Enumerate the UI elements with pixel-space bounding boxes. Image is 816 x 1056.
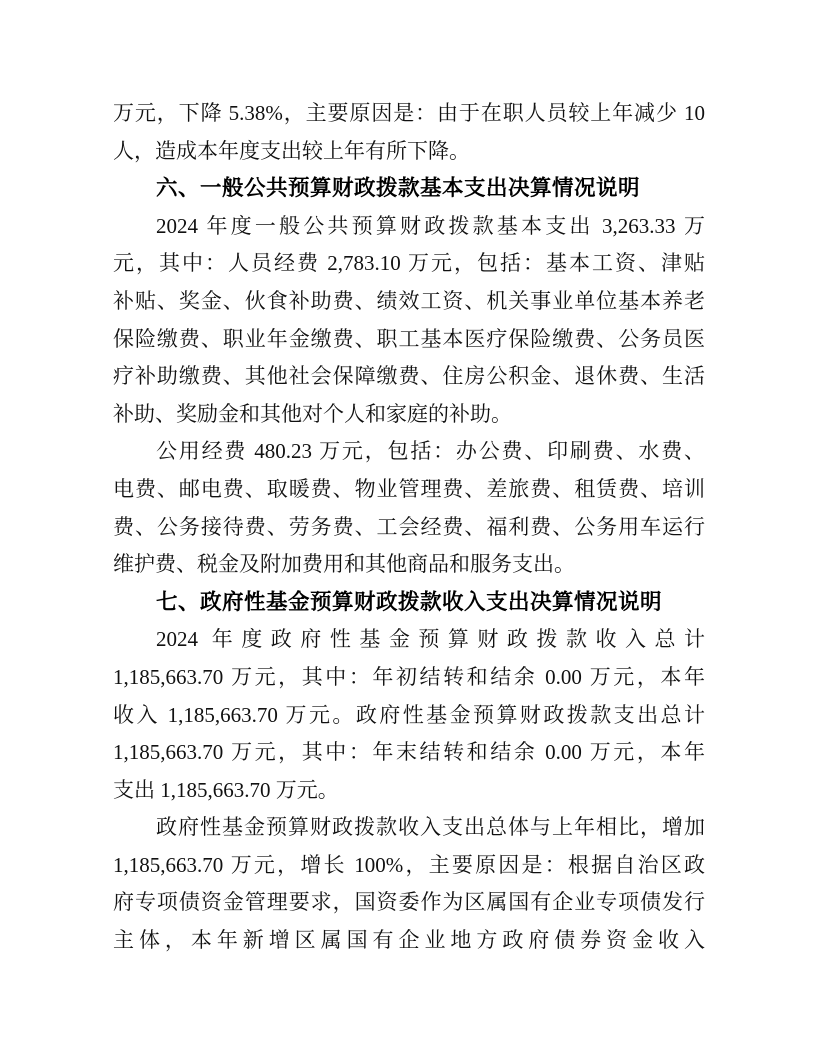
text-line: 元，其中：人员经费 2,783.10 万元，包括：基本工资、津贴 bbox=[113, 245, 705, 283]
paragraph: 政府性基金预算财政拨款收入支出总体与上年相比，增加1,185,663.70 万元… bbox=[113, 809, 705, 959]
section-heading: 七、政府性基金预算财政拨款收入支出决算情况说明 bbox=[113, 584, 705, 622]
text-line: 补助、奖励金和其他对个人和家庭的补助。 bbox=[113, 396, 705, 434]
text-line: 疗补助缴费、其他社会保障缴费、住房公积金、退休费、生活 bbox=[113, 358, 705, 396]
text-line: 2024 年度政府性基金预算财政拨款收入总计 bbox=[113, 621, 705, 659]
text-line: 1,185,663.70 万元，其中：年末结转和结余 0.00 万元，本年 bbox=[113, 734, 705, 772]
text-line: 1,185,663.70 万元，增长 100%，主要原因是：根据自治区政 bbox=[113, 847, 705, 885]
text-line: 收入 1,185,663.70 万元。政府性基金预算财政拨款支出总计 bbox=[113, 697, 705, 735]
text-line: 支出 1,185,663.70 万元。 bbox=[113, 772, 705, 810]
paragraph: 万元，下降 5.38%，主要原因是：由于在职人员较上年减少 10人，造成本年度支… bbox=[113, 95, 705, 170]
paragraph: 2024 年度政府性基金预算财政拨款收入总计1,185,663.70 万元，其中… bbox=[113, 621, 705, 809]
text-line: 维护费、税金及附加费用和其他商品和服务支出。 bbox=[113, 546, 705, 584]
text-line: 费、公务接待费、劳务费、工会经费、福利费、公务用车运行 bbox=[113, 509, 705, 547]
text-line: 电费、邮电费、取暖费、物业管理费、差旅费、租赁费、培训 bbox=[113, 471, 705, 509]
text-line: 府专项债资金管理要求，国资委作为区属国有企业专项债发行 bbox=[113, 884, 705, 922]
text-line: 万元，下降 5.38%，主要原因是：由于在职人员较上年减少 10 bbox=[113, 95, 705, 133]
text-line: 政府性基金预算财政拨款收入支出总体与上年相比，增加 bbox=[113, 809, 705, 847]
paragraph: 2024 年度一般公共预算财政拨款基本支出 3,263.33 万元，其中：人员经… bbox=[113, 208, 705, 434]
text-line: 保险缴费、职业年金缴费、职工基本医疗保险缴费、公务员医 bbox=[113, 321, 705, 359]
text-line: 公用经费 480.23 万元，包括：办公费、印刷费、水费、 bbox=[113, 433, 705, 471]
text-line: 人，造成本年度支出较上年有所下降。 bbox=[113, 133, 705, 171]
text-line: 补贴、奖金、伙食补助费、绩效工资、机关事业单位基本养老 bbox=[113, 283, 705, 321]
section-heading: 六、一般公共预算财政拨款基本支出决算情况说明 bbox=[113, 170, 705, 208]
text-line: 主体，本年新增区属国有企业地方政府债券资金收入 bbox=[113, 922, 705, 960]
paragraph: 公用经费 480.23 万元，包括：办公费、印刷费、水费、电费、邮电费、取暖费、… bbox=[113, 433, 705, 583]
document-body: 万元，下降 5.38%，主要原因是：由于在职人员较上年减少 10人，造成本年度支… bbox=[113, 95, 705, 960]
document-page: 万元，下降 5.38%，主要原因是：由于在职人员较上年减少 10人，造成本年度支… bbox=[0, 0, 816, 1056]
text-line: 2024 年度一般公共预算财政拨款基本支出 3,263.33 万 bbox=[113, 208, 705, 246]
text-line: 1,185,663.70 万元，其中：年初结转和结余 0.00 万元，本年 bbox=[113, 659, 705, 697]
